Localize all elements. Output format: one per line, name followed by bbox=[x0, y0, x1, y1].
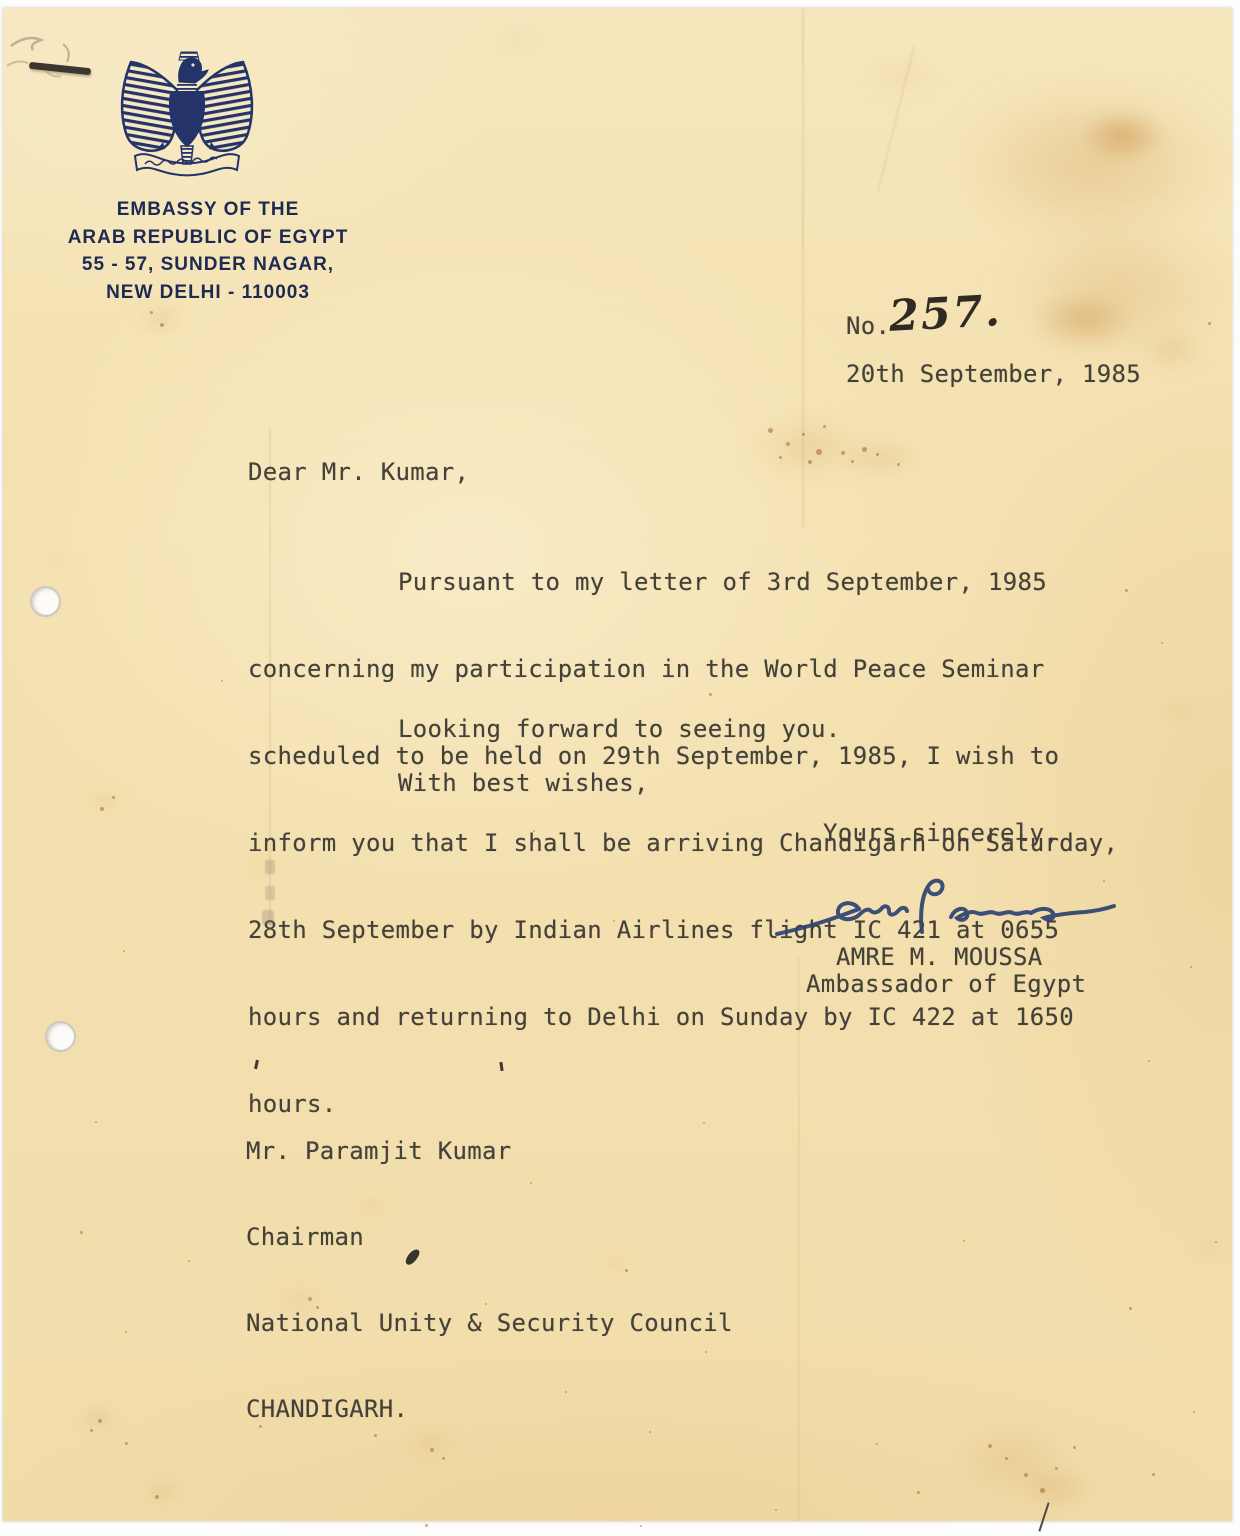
letterhead-address: EMBASSY OF THE ARAB REPUBLIC OF EGYPT 55… bbox=[38, 196, 378, 306]
speckle bbox=[1129, 1307, 1132, 1310]
speckle bbox=[1024, 1473, 1028, 1477]
stain bbox=[85, 790, 125, 812]
speckle bbox=[1073, 1446, 1076, 1449]
speckle bbox=[640, 1525, 642, 1527]
speckle bbox=[125, 1442, 128, 1445]
stain bbox=[833, 435, 923, 480]
stain bbox=[1003, 215, 1233, 365]
recipient-line: CHANDIGARH. bbox=[246, 1395, 733, 1423]
speckle bbox=[425, 1524, 428, 1527]
stain bbox=[143, 1480, 183, 1502]
stain bbox=[493, 30, 543, 50]
speckle bbox=[1040, 1488, 1045, 1493]
valediction: Yours sincerely, bbox=[823, 819, 1059, 848]
stain bbox=[138, 305, 183, 333]
speckle bbox=[876, 453, 879, 456]
letterhead-line: NEW DELHI - 110003 bbox=[38, 279, 378, 307]
stain bbox=[1013, 1465, 1093, 1510]
recipient-address: Mr. Paramjit Kumar Chairman National Uni… bbox=[246, 1079, 733, 1481]
recipient-line: National Unity & Security Council bbox=[246, 1309, 733, 1337]
stain bbox=[958, 1425, 1068, 1495]
letterhead-line: ARAB REPUBLIC OF EGYPT bbox=[38, 224, 378, 252]
ghost-impression bbox=[265, 886, 275, 900]
scanned-letter-page: { "document": { "type": "scanned typewri… bbox=[0, 0, 1240, 1536]
letterhead-line: EMBASSY OF THE bbox=[38, 196, 378, 224]
ref-label: No. bbox=[846, 312, 890, 341]
eagle-emblem-icon bbox=[111, 48, 263, 184]
stain bbox=[1078, 108, 1168, 163]
speckle bbox=[786, 442, 790, 446]
handwritten-signature bbox=[773, 876, 1118, 950]
speckle bbox=[160, 323, 164, 327]
stain bbox=[78, 1405, 118, 1431]
fold-crease bbox=[802, 8, 804, 528]
closing-line-2: With best wishes, bbox=[398, 769, 649, 798]
body-line: hours and returning to Delhi on Sunday b… bbox=[248, 1003, 1168, 1032]
speckle bbox=[98, 1419, 102, 1423]
speckle bbox=[816, 449, 822, 455]
speckle bbox=[1208, 322, 1211, 325]
speckle bbox=[221, 680, 223, 682]
speckle bbox=[988, 1444, 992, 1448]
salutation: Dear Mr. Kumar, bbox=[248, 458, 469, 487]
body-line: scheduled to be held on 29th September, … bbox=[248, 742, 1168, 771]
speckle bbox=[802, 433, 805, 436]
speckle bbox=[808, 460, 812, 464]
speckle bbox=[150, 311, 153, 314]
speckle bbox=[112, 796, 115, 799]
ghost-impression bbox=[262, 910, 274, 925]
fold-crease bbox=[877, 46, 915, 192]
speckle bbox=[963, 1240, 965, 1242]
speckle bbox=[1190, 966, 1192, 968]
stain bbox=[748, 412, 868, 482]
punch-hole-top bbox=[30, 586, 61, 617]
speckle bbox=[768, 428, 773, 433]
speckle bbox=[123, 950, 125, 952]
letter-paper: EMBASSY OF THE ARAB REPUBLIC OF EGYPT 55… bbox=[3, 8, 1232, 1521]
speckle bbox=[917, 1491, 920, 1494]
letterhead-line: 55 - 57, SUNDER NAGAR, bbox=[38, 251, 378, 279]
speckle bbox=[1005, 1457, 1008, 1460]
speckle bbox=[80, 1231, 83, 1234]
speckle bbox=[1215, 1241, 1217, 1243]
stain bbox=[1163, 700, 1198, 722]
speckle bbox=[1055, 1467, 1058, 1470]
recipient-line: Mr. Paramjit Kumar bbox=[246, 1137, 733, 1165]
speckle bbox=[95, 1121, 97, 1123]
speckle bbox=[1152, 1473, 1155, 1476]
speckle bbox=[1193, 1411, 1195, 1413]
stain bbox=[1143, 330, 1203, 370]
speckle bbox=[862, 447, 867, 452]
signature-name: AMRE M. MOUSSA bbox=[836, 943, 1043, 972]
stain bbox=[868, 60, 938, 90]
speckle bbox=[897, 463, 900, 466]
pencil-scribble bbox=[3, 24, 123, 104]
speckle bbox=[779, 456, 782, 459]
signature-title: Ambassador of Egypt bbox=[806, 970, 1086, 999]
stain bbox=[1028, 290, 1138, 350]
speckle bbox=[125, 1331, 127, 1333]
ghost-impression bbox=[265, 860, 275, 874]
stain bbox=[43, 555, 69, 571]
speckle bbox=[188, 1260, 190, 1262]
pen-hairline bbox=[1038, 1502, 1049, 1531]
closing-line-1: Looking forward to seeing you. bbox=[398, 715, 840, 744]
stain bbox=[953, 78, 1233, 248]
body-line: concerning my participation in the World… bbox=[248, 655, 1168, 684]
speckle bbox=[90, 1429, 93, 1432]
body-line: Pursuant to my letter of 3rd September, … bbox=[248, 568, 1168, 597]
punch-hole-bottom bbox=[45, 1021, 76, 1052]
ref-number-handwritten: 257. bbox=[888, 286, 1003, 342]
speckle bbox=[851, 460, 854, 463]
speckle bbox=[100, 807, 104, 811]
stain bbox=[1193, 1235, 1223, 1255]
speckle bbox=[823, 425, 826, 428]
letter-date: 20th September, 1985 bbox=[846, 360, 1141, 389]
speckle bbox=[876, 1443, 878, 1445]
speckle bbox=[155, 1495, 159, 1499]
speckle bbox=[775, 1509, 777, 1511]
speckle bbox=[841, 451, 845, 455]
recipient-line: Chairman bbox=[246, 1223, 733, 1251]
